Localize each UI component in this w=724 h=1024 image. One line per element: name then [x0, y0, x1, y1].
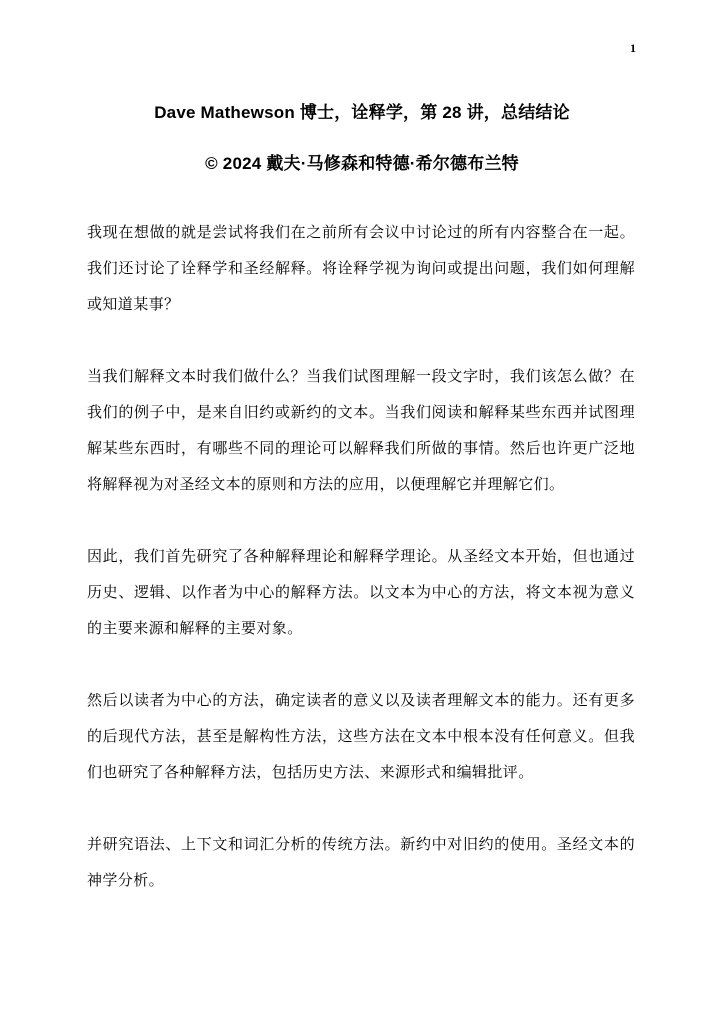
document-body: 我现在想做的就是尝试将我们在之前所有会议中讨论过的所有内容整合在一起。我们还讨论…: [87, 214, 635, 934]
paragraph: 然后以读者为中心的方法，确定读者的意义以及读者理解文本的能力。还有更多的后现代方…: [87, 682, 635, 790]
document-title: Dave Mathewson 博士，诠释学，第 28 讲，总结结论: [0, 98, 724, 123]
copyright-line: © 2024 戴夫·马修森和特德·希尔德布兰特: [0, 149, 724, 174]
paragraph: 我现在想做的就是尝试将我们在之前所有会议中讨论过的所有内容整合在一起。我们还讨论…: [87, 214, 635, 322]
paragraph: 并研究语法、上下文和词汇分析的传统方法。新约中对旧约的使用。圣经文本的神学分析。: [87, 826, 635, 898]
paragraph: 因此，我们首先研究了各种解释理论和解释学理论。从圣经文本开始，但也通过历史、逻辑…: [87, 538, 635, 646]
paragraph: 当我们解释文本时我们做什么？当我们试图理解一段文字时，我们该怎么做？在我们的例子…: [87, 358, 635, 502]
page-number: 1: [630, 41, 636, 56]
